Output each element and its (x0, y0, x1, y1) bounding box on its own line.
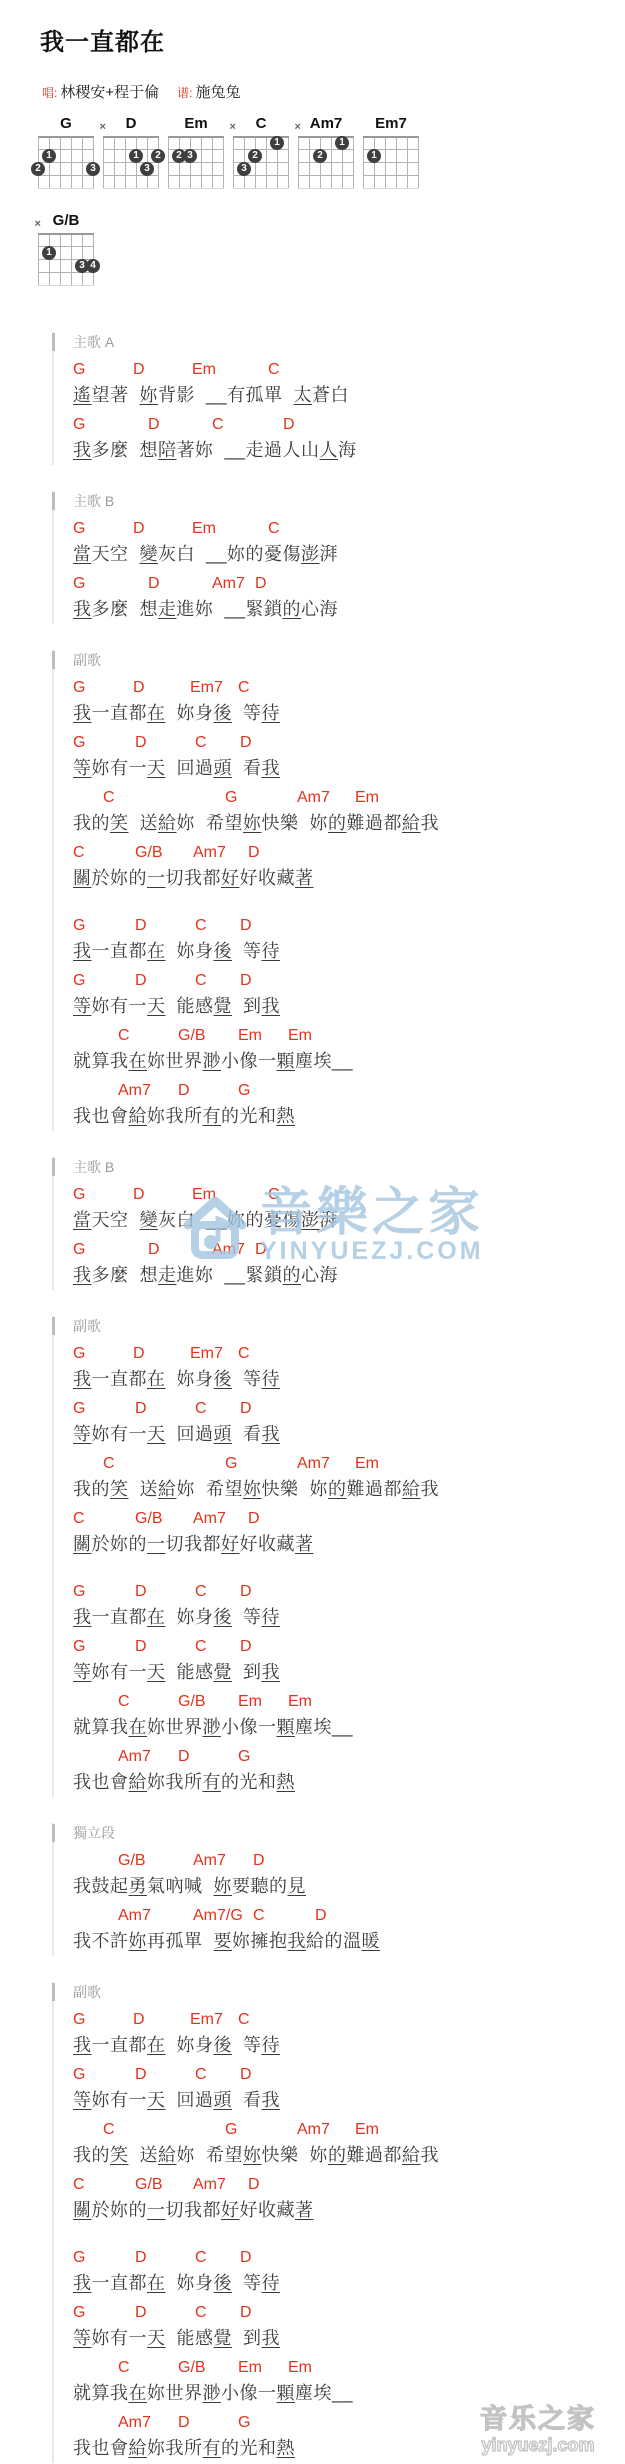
section-label: 副歌 (73, 1982, 625, 2002)
lyric-line: 我多麼 想走進妳 __緊鎖的心海 (73, 595, 625, 624)
chord-line: CG/BEmEm (73, 1687, 625, 1713)
chord-line: GDCD (73, 1577, 625, 1603)
lyric-segment: 笑 (110, 2145, 129, 2165)
lyric-line: 我鼓起勇氣吶喊 妳要聽的見 (73, 1872, 625, 1901)
chord-label: Em (192, 521, 216, 537)
chord-label: Em (355, 1456, 379, 1472)
chord-label: C (195, 735, 207, 751)
chord-label: C (73, 1511, 85, 1527)
lyric-segment: 就算我 (73, 1051, 129, 1071)
chord-diagram-name: C (233, 116, 289, 131)
song-section: 主歌 BGDEmC當天空 變灰白 __妳的憂傷澎湃GDAm7D我多麼 想走進妳 … (52, 1157, 625, 1290)
chord-lyric-pair: GDCD等妳有一天 能感覺 到我 (73, 1632, 625, 1687)
lyric-segment: 一 (147, 2200, 166, 2220)
lyric-line: 等妳有一天 回過頭 看我 (73, 1420, 625, 1449)
lyric-segment: 我 (262, 758, 281, 778)
chord-label: Am7 (297, 1456, 330, 1472)
lyric-segment: 就算我 (73, 2383, 129, 2403)
lyric-segment: 難過都 (347, 1479, 403, 1499)
lyric-line: 當天空 變灰白 __妳的憂傷澎湃 (73, 1206, 625, 1235)
chord-label: D (240, 2067, 252, 2083)
section-label: 主歌 A (73, 332, 625, 352)
finger-dot: 2 (313, 149, 327, 163)
chord-lyric-pair: GDEmC當天空 變灰白 __妳的憂傷澎湃 (73, 1180, 625, 1235)
chord-line: GDCD (73, 2060, 625, 2086)
chord-label: G (225, 1456, 237, 1472)
lyric-segment: 等 (73, 2090, 92, 2110)
lyric-segment: 我 (73, 1607, 92, 1627)
lyric-segment: 等 (73, 996, 92, 1016)
chord-label: G (238, 1083, 250, 1099)
chord-label: G (73, 1346, 85, 1362)
section-marker (52, 1824, 55, 1842)
singer-label: 唱: (42, 86, 57, 100)
lyric-segment: 進妳 __緊鎖 (177, 599, 283, 619)
chord-lyric-pair: CGAm7Em我的笑 送給妳 希望妳快樂 妳的難過都給我 (73, 2115, 625, 2170)
lyric-segment: 關 (73, 2200, 92, 2220)
lyric-segment: 妳 希望 (177, 2145, 244, 2165)
chord-label: C (103, 790, 115, 806)
lyric-segment: 送 (129, 813, 159, 833)
chord-label: C (103, 2122, 115, 2138)
chord-label: C (268, 362, 280, 378)
chord-label: Em (288, 1694, 312, 1710)
chord-label: G (73, 521, 85, 537)
lyric-segment: 等 (73, 758, 92, 778)
chord-lyric-pair: GDCD我一直都在 妳身後 等待 (73, 2243, 625, 2298)
lyric-segment: 在 (147, 2035, 166, 2055)
chord-diagram-G/B: G/B×134 (38, 213, 94, 286)
lyric-segment: 切我都 (166, 1534, 222, 1554)
chord-line: Am7DG (73, 2408, 625, 2434)
lyric-line: 我一直都在 妳身後 等待 (73, 2031, 625, 2060)
chord-label: D (135, 1584, 147, 1600)
lyric-segment: 妳世界 (147, 2383, 203, 2403)
chord-label: Am7 (212, 1242, 245, 1258)
lyric-segment: 等 (73, 2328, 92, 2348)
lyric-segment: 妳 (214, 1876, 233, 1896)
chord-label: G/B (135, 845, 163, 861)
lyric-segment: 有 (203, 2438, 222, 2458)
lyric-segment: 快樂 妳 (262, 813, 329, 833)
chord-label: D (135, 1401, 147, 1417)
chord-diagram-Am7: Am7×12 (298, 116, 354, 189)
chord-line: CGAm7Em (73, 2115, 625, 2141)
lyric-segment: 等 (232, 1369, 262, 1389)
chord-lyric-pair: CGAm7Em我的笑 送給妳 希望妳快樂 妳的難過都給我 (73, 1449, 625, 1504)
lyric-segment: 給 (402, 813, 421, 833)
lyric-segment: 一直都 (92, 1607, 148, 1627)
song-section: 副歌GDEm7C我一直都在 妳身後 等待GDCD等妳有一天 回過頭 看我CGAm… (52, 650, 625, 1131)
chord-lyric-pair: CG/BAm7D關於妳的一切我都好好收藏著 (73, 1504, 625, 1559)
chord-line: GDCD (73, 410, 625, 436)
finger-dot: 3 (86, 162, 100, 176)
chord-label: Em7 (190, 1346, 223, 1362)
lyric-segment: 給 (129, 1772, 148, 1792)
lyric-segment: 的光和 (221, 1772, 277, 1792)
fret-line (168, 175, 224, 176)
lyric-segment: 有 (203, 1106, 222, 1126)
lyric-segment: 在 (147, 1607, 166, 1627)
chord-label: G/B (178, 1694, 206, 1710)
chord-label: G (73, 1639, 85, 1655)
lyric-segment: 我 (262, 2090, 281, 2110)
chord-label: G (225, 790, 237, 806)
chord-label: D (255, 576, 267, 592)
lyric-line: 我也會給妳我所有的光和熱 (73, 2434, 625, 2463)
lyric-segment: 於妳的 (92, 2200, 148, 2220)
lyric-segment: 妳有一 (92, 1662, 148, 1682)
chord-label: Em (355, 2122, 379, 2138)
section-marker (52, 1158, 55, 1176)
chord-diagram-name: Am7 (298, 116, 354, 131)
finger-dot: 2 (151, 149, 165, 163)
lyric-segment: 我 (73, 1265, 92, 1285)
chord-label: C (253, 1908, 265, 1924)
lyric-segment: 等 (232, 703, 262, 723)
scorer-name: 施兔兔 (195, 84, 240, 101)
chord-lyric-pair: GDCD等妳有一天 能感覺 到我 (73, 2298, 625, 2353)
chord-label: Am7 (118, 2415, 151, 2431)
lyric-segment: 等 (232, 2035, 262, 2055)
lyric-segment: 妳 希望 (177, 1479, 244, 1499)
chord-line: GDCD (73, 966, 625, 992)
lyric-segment: 切我都 (166, 2200, 222, 2220)
song-body: 主歌 AGDEmC遙望著 妳背影 __有孤單 太蒼白GDCD我多麼 想陪著妳 _… (0, 332, 625, 2463)
chord-diagram-name: G (38, 116, 94, 131)
lyric-segment: 天 (147, 1424, 166, 1444)
lyric-segment: 我的 (73, 813, 110, 833)
lyric-segment: 難過都 (347, 2145, 403, 2165)
chord-label: D (133, 680, 145, 696)
fret-line (233, 188, 289, 189)
chord-diagram-Em: Em23 (168, 116, 224, 189)
lyric-segment: 回過 (166, 758, 214, 778)
chord-label: D (178, 2415, 190, 2431)
lyric-segment: 塵埃__ (295, 2383, 353, 2403)
chord-label: D (135, 1639, 147, 1655)
lyric-segment: 熱 (277, 2438, 296, 2458)
lyric-segment: 好收藏 (240, 1534, 296, 1554)
lyric-segment: 背影 __有孤單 (158, 385, 294, 405)
lyric-line: 我也會給妳我所有的光和熱 (73, 1768, 625, 1797)
lyric-segment: 我 (288, 1931, 307, 1951)
fretboard-grid: 23 (168, 136, 224, 189)
lyric-segment: 我的 (73, 2145, 110, 2165)
lyric-segment: 熱 (277, 1772, 296, 1792)
chord-label: Em (192, 362, 216, 378)
lyric-segment: 待 (262, 2273, 281, 2293)
lyric-line: 等妳有一天 回過頭 看我 (73, 2086, 625, 2115)
chord-label: G (73, 2012, 85, 2028)
chord-line: CG/BAm7D (73, 1504, 625, 1530)
lyric-segment: 妳有一 (92, 2328, 148, 2348)
lyric-segment: 看 (232, 1424, 262, 1444)
lyric-segment: 變 (140, 544, 159, 564)
lyric-segment: 渺 (203, 1051, 222, 1071)
chord-diagram-row-1: G123D×123Em23C×123Am7×12Em71 (38, 116, 625, 189)
lyric-segment: 顆 (277, 1051, 296, 1071)
lyric-segment: 在 (147, 2273, 166, 2293)
lyric-segment: 回過 (166, 1424, 214, 1444)
lyric-line: 我也會給妳我所有的光和熱 (73, 1102, 625, 1131)
lyric-segment: 暖 (362, 1931, 381, 1951)
chord-lyric-pair: GDEm7C我一直都在 妳身後 等待 (73, 2005, 625, 2060)
lyric-line: 我多麼 想陪著妳 __走過人山人海 (73, 436, 625, 465)
chord-label: C (118, 2360, 130, 2376)
chord-line: CGAm7Em (73, 783, 625, 809)
lyric-line: 就算我在妳世界渺小像一顆塵埃__ (73, 1047, 625, 1076)
lyric-segment: 妳 (243, 2145, 262, 2165)
chord-label: D (240, 2305, 252, 2321)
chord-line: GDEm7C (73, 2005, 625, 2031)
chord-label: Am7 (297, 790, 330, 806)
lyric-segment: 著妳 __走過人山 (177, 440, 320, 460)
fret-line (298, 149, 354, 150)
lyric-line: 就算我在妳世界渺小像一顆塵埃__ (73, 2379, 625, 2408)
lyric-line: 就算我在妳世界渺小像一顆塵埃__ (73, 1713, 625, 1742)
chord-label: D (248, 1511, 260, 1527)
chord-line: CG/BAm7D (73, 2170, 625, 2196)
chord-label: Am7 (193, 1853, 226, 1869)
chord-lyric-pair: CG/BEmEm就算我在妳世界渺小像一顆塵埃__ (73, 1021, 625, 1076)
fret-line (38, 233, 94, 235)
chord-label: Em (288, 1028, 312, 1044)
chord-label: Em (192, 1187, 216, 1203)
lyric-segment: 在 (129, 2383, 148, 2403)
finger-dot: 2 (248, 149, 262, 163)
lyric-segment: 塵埃__ (295, 1051, 353, 1071)
lyric-segment: 天 (147, 758, 166, 778)
lyric-segment: 一 (147, 868, 166, 888)
lyric-segment: 我 (262, 1662, 281, 1682)
lyric-segment: 多麼 想 (92, 440, 159, 460)
fret-line (38, 136, 94, 138)
lyric-segment: 我 (73, 2035, 92, 2055)
lyric-segment: 陪 (158, 440, 177, 460)
chord-lyric-pair: GDCD等妳有一天 回過頭 看我 (73, 2060, 625, 2115)
section-marker (52, 651, 55, 669)
chord-line: GDAm7D (73, 1235, 625, 1261)
lyric-segment: 我不許 (73, 1931, 129, 1951)
lyric-segment: 一直都 (92, 941, 148, 961)
chord-label: D (178, 1749, 190, 1765)
chord-label: C (195, 1401, 207, 1417)
chord-line: GDEmC (73, 1180, 625, 1206)
lyric-segment: 走 (158, 1265, 177, 1285)
chord-lyric-pair: GDCD我一直都在 妳身後 等待 (73, 1577, 625, 1632)
finger-dot: 3 (140, 162, 154, 176)
lyric-segment: 在 (129, 1717, 148, 1737)
lyric-segment: 妳身 (166, 1369, 214, 1389)
lyric-line: 我一直都在 妳身後 等待 (73, 937, 625, 966)
lyric-segment: 我也會 (73, 1772, 129, 1792)
chord-label: G (73, 576, 85, 592)
lyric-segment: 待 (262, 703, 281, 723)
section-label: 副歌 (73, 1316, 625, 1336)
fretboard-grid: 1 (363, 136, 419, 189)
lyric-segment: 笑 (110, 1479, 129, 1499)
chord-label: Am7 (193, 2177, 226, 2193)
lyric-segment: 妳身 (166, 703, 214, 723)
lyric-segment: 灰白 __妳的憂傷 (158, 1210, 301, 1230)
lyric-segment: 妳 (243, 813, 262, 833)
lyric-segment: 我 (421, 813, 440, 833)
song-section: 主歌 AGDEmC遙望著 妳背影 __有孤單 太蒼白GDCD我多麼 想陪著妳 _… (52, 332, 625, 465)
lyric-segment: 給的溫 (306, 1931, 362, 1951)
chord-label: D (315, 1908, 327, 1924)
lyric-segment: 好 (221, 1534, 240, 1554)
lyric-segment: 小像一 (221, 1717, 277, 1737)
lyric-segment: 等 (73, 1662, 92, 1682)
chord-label: G (73, 2067, 85, 2083)
lyric-segment: 覺 (214, 1662, 233, 1682)
lyric-line: 我一直都在 妳身後 等待 (73, 2269, 625, 2298)
lyric-segment: 後 (214, 1607, 233, 1627)
chord-label: D (248, 845, 260, 861)
lyric-segment: 妳有一 (92, 996, 148, 1016)
chord-label: D (240, 1584, 252, 1600)
chord-label: D (283, 417, 295, 433)
lyric-segment: 妳世界 (147, 1051, 203, 1071)
lyric-segment: 我 (73, 941, 92, 961)
chord-lyric-pair: GDCD我多麼 想陪著妳 __走過人山人海 (73, 410, 625, 465)
chord-label: C (195, 1639, 207, 1655)
lyric-segment: 妳擁抱 (232, 1931, 288, 1951)
lyric-segment: 等 (232, 1607, 262, 1627)
fret-line (363, 136, 419, 138)
lyric-line: 關於妳的一切我都好好收藏著 (73, 2196, 625, 2225)
lyric-segment: 後 (214, 2035, 233, 2055)
lyric-segment: 著 (295, 2200, 314, 2220)
lyric-segment: 等 (73, 1424, 92, 1444)
lyric-line: 等妳有一天 回過頭 看我 (73, 754, 625, 783)
chord-lyric-pair: GDCD等妳有一天 能感覺 到我 (73, 966, 625, 1021)
lyric-segment: 海 (338, 440, 357, 460)
chord-label: G (73, 1187, 85, 1203)
lyric-segment: 湃 (320, 544, 339, 564)
lyric-segment: 關 (73, 1534, 92, 1554)
lyric-segment: 妳身 (166, 2035, 214, 2055)
chord-label: Em (288, 2360, 312, 2376)
lyric-segment: 的 (283, 599, 302, 619)
fret-line (38, 285, 94, 286)
chord-label: G (73, 1584, 85, 1600)
chord-lyric-pair: Am7DG我也會給妳我所有的光和熱 (73, 1742, 625, 1797)
chord-label: C (195, 2250, 207, 2266)
muted-string-marker: × (34, 218, 40, 230)
lyric-segment: 在 (147, 941, 166, 961)
lyric-segment: 妳有一 (92, 2090, 148, 2110)
lyric-segment: 我 (421, 1479, 440, 1499)
lyric-segment: 遙 (73, 385, 92, 405)
lyric-segment: 一直都 (92, 2035, 148, 2055)
lyric-segment: 心海 (301, 599, 338, 619)
lyric-segment: 待 (262, 2035, 281, 2055)
fret-line (363, 188, 419, 189)
chord-label: D (240, 735, 252, 751)
chord-lyric-pair: G/BAm7D我鼓起勇氣吶喊 妳要聽的見 (73, 1846, 625, 1901)
section-marker (52, 333, 55, 351)
chord-label: D (148, 417, 160, 433)
section-label: 獨立段 (73, 1823, 625, 1843)
chord-label: C (73, 2177, 85, 2193)
chord-label: D (133, 1346, 145, 1362)
finger-dot: 1 (367, 149, 381, 163)
chord-line: CG/BEmEm (73, 2353, 625, 2379)
chord-label: C (268, 521, 280, 537)
lyric-segment: 在 (147, 1369, 166, 1389)
singer-names: 林稷安+程于倫 (60, 84, 159, 101)
lyric-segment: 看 (232, 2090, 262, 2110)
chord-label: G (73, 918, 85, 934)
finger-dot: 1 (42, 246, 56, 260)
lyric-line: 我不許妳再孤單 要妳擁抱我給的溫暖 (73, 1927, 625, 1956)
lyric-segment: 多麼 想 (92, 1265, 159, 1285)
lyric-segment: 當 (73, 544, 92, 564)
lyric-segment: 於妳的 (92, 868, 148, 888)
chord-label: G (73, 1242, 85, 1258)
chord-label: D (255, 1242, 267, 1258)
lyric-segment: 進妳 __緊鎖 (177, 1265, 283, 1285)
lyric-segment: 塵埃__ (295, 1717, 353, 1737)
chord-diagram-name: Em (168, 116, 224, 131)
chord-line: Am7Am7/GCD (73, 1901, 625, 1927)
chord-label: C (195, 1584, 207, 1600)
chord-label: C (238, 1346, 250, 1362)
chord-line: Am7DG (73, 1742, 625, 1768)
section-label: 副歌 (73, 650, 625, 670)
lyric-segment: 湃 (320, 1210, 339, 1230)
lyric-segment: 妳 (140, 385, 159, 405)
lyric-segment: 我 (73, 599, 92, 619)
chord-label: G/B (135, 2177, 163, 2193)
lyric-line: 等妳有一天 能感覺 到我 (73, 1658, 625, 1687)
lyric-segment: 妳身 (166, 2273, 214, 2293)
lyric-segment: 的 (328, 813, 347, 833)
lyric-segment: 能感 (166, 996, 214, 1016)
lyric-segment: 天空 (92, 1210, 140, 1230)
lyric-segment: 我也會 (73, 1106, 129, 1126)
section-marker (52, 1983, 55, 2001)
chord-label: G (73, 735, 85, 751)
chord-lyric-pair: Am7DG我也會給妳我所有的光和熱 (73, 2408, 625, 2463)
lyric-segment: 熱 (277, 1106, 296, 1126)
lyric-segment: 待 (262, 1607, 281, 1627)
chord-label: G (73, 680, 85, 696)
lyric-segment: 看 (232, 758, 262, 778)
chord-diagram-row-2: G/B×134 (38, 213, 625, 286)
lyric-segment: 好 (221, 2200, 240, 2220)
fret-line (103, 188, 159, 189)
fret-line (103, 136, 159, 138)
lyric-line: 我一直都在 妳身後 等待 (73, 1603, 625, 1632)
chord-diagram-G: G123 (38, 116, 94, 189)
chord-label: D (148, 576, 160, 592)
lyric-segment: 的光和 (221, 2438, 277, 2458)
lyric-segment: 快樂 妳 (262, 2145, 329, 2165)
lyric-segment: 妳有一 (92, 1424, 148, 1444)
song-section: 主歌 BGDEmC當天空 變灰白 __妳的憂傷澎湃GDAm7D我多麼 想走進妳 … (52, 491, 625, 624)
fret-line (38, 188, 94, 189)
chord-line: GDCD (73, 1632, 625, 1658)
lyric-segment: 給 (158, 813, 177, 833)
chord-line: GDCD (73, 2243, 625, 2269)
lyric-segment: 心海 (301, 1265, 338, 1285)
lyric-segment: 等 (232, 941, 262, 961)
chord-label: Am7/G (193, 1908, 243, 1924)
lyric-segment: 妳我所 (147, 2438, 203, 2458)
